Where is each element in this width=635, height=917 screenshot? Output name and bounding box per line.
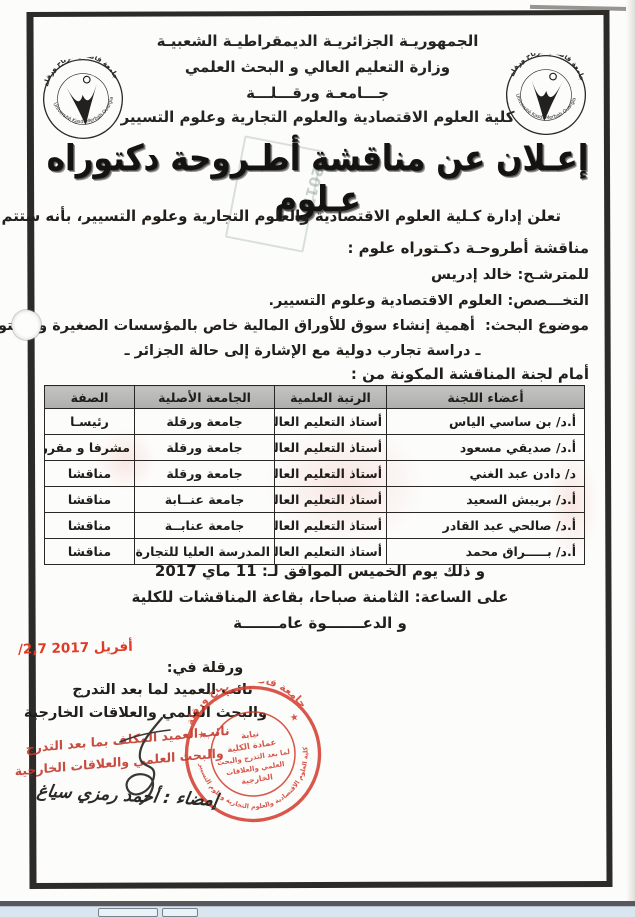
defense-time-line: على الساعة: الثامنة صباحا، بقاعة المناقش… — [90, 588, 550, 606]
table-row: أ.د/ بريبش السعيد أستاذ التعليم العالي ج… — [45, 487, 585, 513]
member-role: مناقشا — [45, 487, 135, 513]
table-row: د/ دادن عبد الغني أستاذ التعليم العالي ج… — [45, 461, 585, 487]
member-rank: أستاذ التعليم العالي — [275, 513, 387, 539]
member-university: جامعة ورقلة — [135, 409, 275, 435]
candidate-line: للمترشـح: خالد إدريس — [50, 267, 589, 283]
member-university: جامعة ورقلة — [135, 435, 275, 461]
open-invitation-line: و الدعـــــــوة عامـــــــة — [90, 614, 550, 632]
university-seal-icon: جامعة قاصدي مرباح ورقلة Université Kasdi… — [38, 54, 128, 144]
table-row: أ.د/ صالحي عبد القادر أستاذ التعليم العا… — [45, 513, 585, 539]
viewer-status-strip — [0, 906, 635, 917]
member-name: أ.د/ بن ساسي الياس — [387, 409, 585, 435]
place-date-line: ورقلة في: — [150, 660, 260, 676]
republic-title: الجمهوريـة الجزائريـة الديمقراطيـة الشعب… — [60, 32, 575, 50]
member-university: جامعة ورقلة — [135, 461, 275, 487]
member-rank: أستاذ التعليم العالي — [275, 461, 387, 487]
scanned-announcement-page: 2017 الجمهوريـة الجزائريـة الديمقراطيـة … — [0, 0, 635, 917]
table-row: أ.د/ صديقي مسعود أستاذ التعليم العالي جا… — [45, 435, 585, 461]
table-row: أ.د/ بن ساسي الياس أستاذ التعليم العالي … — [45, 409, 585, 435]
member-role: مشرفا و مقررا — [45, 435, 135, 461]
university-title: جـــامعـة ورقـــلـــة — [60, 84, 575, 102]
header-members: أعضاء اللجنة — [387, 386, 585, 409]
viewer-button-1[interactable] — [98, 908, 158, 917]
received-date-stamp: /2,7 أفريل 2017 — [18, 638, 148, 657]
ministry-title: وزارة التعليم العالي و البحث العلمي — [60, 58, 575, 76]
member-rank: أستاذ التعليم العالي — [275, 409, 387, 435]
header-university: الجامعة الأصلية — [135, 386, 275, 409]
research-topic-label: موضوع البحث: — [485, 318, 589, 334]
member-name: أ.د/ بـــــراق محمد — [387, 539, 585, 565]
member-rank: أستاذ التعليم العالي — [275, 435, 387, 461]
research-subtitle: ـ دراسة تجارب دولية مع الإشارة إلى حالة … — [110, 343, 495, 359]
member-name: أ.د/ صالحي عبد القادر — [387, 513, 585, 539]
stamp-star-left: ★ — [197, 729, 208, 741]
member-name: د/ دادن عبد الغني — [387, 461, 585, 487]
member-rank: أستاذ التعليم العالي — [275, 539, 387, 565]
research-topic-line: موضوع البحث: أهمية إنشاء سوق للأوراق الم… — [50, 318, 589, 334]
member-university: جامعة عنــابة — [135, 487, 275, 513]
member-role: مناقشا — [45, 513, 135, 539]
header-role: الصفة — [45, 386, 135, 409]
specialty-line: التخـــصص: العلوم الاقتصادية وعلوم التسي… — [50, 293, 589, 309]
member-name: أ.د/ بريبش السعيد — [387, 487, 585, 513]
committee-intro-line: أمام لجنة المناقشة المكونة من : — [50, 365, 589, 383]
official-stamp-icon: جامعة قاصدي مرباح ورقلة كلية العلوم الاق… — [173, 674, 333, 834]
table-header-row: أعضاء اللجنة الرتبة العلمية الجامعة الأص… — [45, 386, 585, 409]
research-topic-title: أهمية إنشاء سوق للأوراق المالية خاص بالم… — [0, 318, 475, 334]
faculty-title: كلية العلوم الاقتصادية والعلوم التجارية … — [60, 108, 575, 126]
viewer-button-2[interactable] — [162, 908, 198, 917]
defense-date-line: و ذلك يوم الخميس الموافق لـ: 11 ماي 2017 — [90, 562, 550, 580]
member-name: أ.د/ صديقي مسعود — [387, 435, 585, 461]
member-rank: أستاذ التعليم العالي — [275, 487, 387, 513]
intro-line-1: تعلن إدارة كـلية العلوم الاقتصادية والعل… — [50, 207, 589, 225]
committee-table: أعضاء اللجنة الرتبة العلمية الجامعة الأص… — [44, 385, 585, 565]
intro-line-2: مناقشة أطروحـة دكـتوراه علوم : — [50, 239, 589, 257]
hole-punch — [12, 310, 41, 340]
stamp-star-right: ★ — [289, 712, 300, 724]
member-role: رئيسـا — [45, 409, 135, 435]
member-role: مناقشا — [45, 461, 135, 487]
scan-edge-right — [626, 0, 635, 903]
university-seal-icon: جامعة قاصدي مرباح ورقلة Université Kasdi… — [502, 51, 590, 139]
member-university: جامعة عنابــة — [135, 513, 275, 539]
header-rank: الرتبة العلمية — [275, 386, 387, 409]
svg-text:الخارجية: الخارجية — [241, 772, 274, 786]
member-role: مناقشا — [45, 539, 135, 565]
member-university: المدرسة العليا للتجارة — [135, 539, 275, 565]
table-row: أ.د/ بـــــراق محمد أستاذ التعليم العالي… — [45, 539, 585, 565]
